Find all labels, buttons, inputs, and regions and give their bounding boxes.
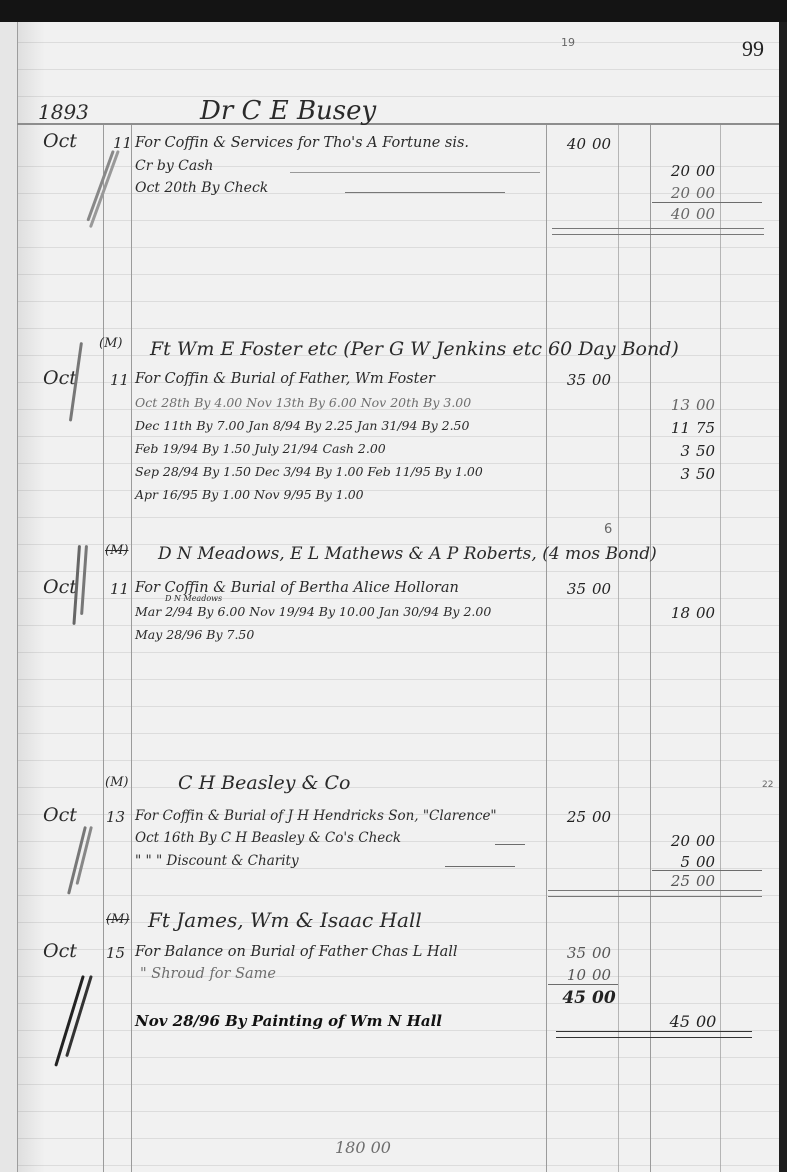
entry-month: Oct — [43, 940, 77, 962]
column-rule-description — [131, 125, 132, 1172]
page-edge — [779, 22, 787, 1172]
credit-amount: 1175 — [652, 419, 726, 437]
entry-day: 13 — [106, 808, 125, 826]
line-description: For Coffin & Services for Tho's A Fortun… — [135, 135, 469, 151]
debit-amount: 2500 — [548, 808, 622, 826]
debit-total: 4500 — [548, 988, 622, 1008]
entry-day: 11 — [110, 371, 129, 389]
entry-month: Oct — [43, 576, 77, 598]
sum-rule — [652, 202, 762, 203]
credit-amount: 2000 — [652, 184, 726, 202]
fill-line — [290, 172, 540, 173]
account-name: C H Beasley & Co — [178, 772, 351, 794]
entry-day: 11 — [113, 134, 132, 152]
page-footer-total: 180 00 — [335, 1138, 391, 1157]
debit-amount: 1000 — [548, 966, 622, 984]
debit-amount: 4000 — [548, 135, 622, 153]
column-rule-debit-cents — [618, 125, 619, 1172]
entry-month: Oct — [43, 804, 77, 826]
credit-total: 2500 — [652, 872, 726, 890]
line-description: Cr by Cash — [135, 158, 213, 174]
pencil-mark: 19 — [561, 36, 575, 49]
line-description: " " " Discount & Charity — [135, 853, 299, 869]
closing-double-rule — [548, 890, 762, 897]
sum-rule — [652, 870, 762, 871]
credit-amount: 350 — [652, 465, 726, 483]
line-description: Mar 2/94 By 6.00 Nov 19/94 By 10.00 Jan … — [135, 604, 491, 619]
entry-month: Oct — [43, 367, 77, 389]
pencil-mark: 6 — [604, 522, 612, 537]
line-description: Dec 11th By 7.00 Jan 8/94 By 2.25 Jan 31… — [135, 418, 469, 433]
closing-double-rule — [552, 228, 764, 235]
credit-total: 4000 — [652, 205, 726, 223]
year: 1893 — [38, 100, 89, 124]
column-rule-day — [103, 125, 104, 1172]
entry-marker: (M) — [99, 336, 122, 351]
interlinear-note: D N Meadows — [165, 594, 222, 603]
margin-mark: 22 — [762, 780, 773, 790]
account-name: Ft Wm E Foster etc (Per G W Jenkins etc … — [150, 338, 679, 360]
facing-page-edge — [0, 22, 18, 1172]
line-description: " Shroud for Same — [140, 966, 276, 982]
sum-rule — [548, 984, 618, 985]
fill-line — [495, 844, 525, 845]
column-rule-credit — [650, 125, 651, 1172]
credit-amount: 1300 — [652, 396, 726, 414]
debit-amount: 3500 — [548, 580, 622, 598]
credit-amount: 2000 — [652, 832, 726, 850]
page-number: 99 — [742, 36, 764, 62]
credit-amount: 1800 — [652, 604, 726, 622]
debit-amount: 3500 — [548, 371, 622, 389]
line-description: For Coffin & Burial of J H Hendricks Son… — [135, 808, 497, 824]
credit-amount: 4500 — [652, 1012, 726, 1031]
account-name: Dr C E Busey — [200, 96, 376, 126]
line-description: May 28/96 By 7.50 — [135, 627, 254, 642]
closing-double-rule — [556, 1031, 752, 1038]
fill-line — [345, 192, 505, 193]
entry-marker: (M) — [105, 543, 128, 558]
settlement-description: Nov 28/96 By Painting of Wm N Hall — [135, 1012, 442, 1030]
line-description: Oct 28th By 4.00 Nov 13th By 6.00 Nov 20… — [135, 395, 471, 410]
column-rule-debit — [546, 125, 547, 1172]
fill-line — [445, 866, 515, 867]
credit-amount: 500 — [652, 853, 726, 871]
entry-marker: (M) — [106, 912, 129, 927]
entry-month: Oct — [43, 130, 77, 152]
line-description: Apr 16/95 By 1.00 Nov 9/95 By 1.00 — [135, 487, 364, 502]
entry-day: 11 — [110, 580, 129, 598]
account-name: Ft James, Wm & Isaac Hall — [148, 908, 422, 932]
entry-marker: (M) — [105, 775, 128, 790]
line-description: Sep 28/94 By 1.50 Dec 3/94 By 1.00 Feb 1… — [135, 464, 483, 479]
line-description: For Balance on Burial of Father Chas L H… — [135, 944, 458, 960]
entry-day: 15 — [106, 944, 125, 962]
line-description: Feb 19/94 By 1.50 July 21/94 Cash 2.00 — [135, 441, 386, 456]
line-description: Oct 20th By Check — [135, 180, 268, 196]
credit-amount: 2000 — [652, 162, 726, 180]
credit-amount: 350 — [652, 442, 726, 460]
line-description: Oct 16th By C H Beasley & Co's Check — [135, 830, 401, 846]
line-description: For Coffin & Burial of Father, Wm Foster — [135, 371, 435, 387]
debit-amount: 3500 — [548, 944, 622, 962]
account-name: D N Meadows, E L Mathews & A P Roberts, … — [158, 544, 657, 564]
